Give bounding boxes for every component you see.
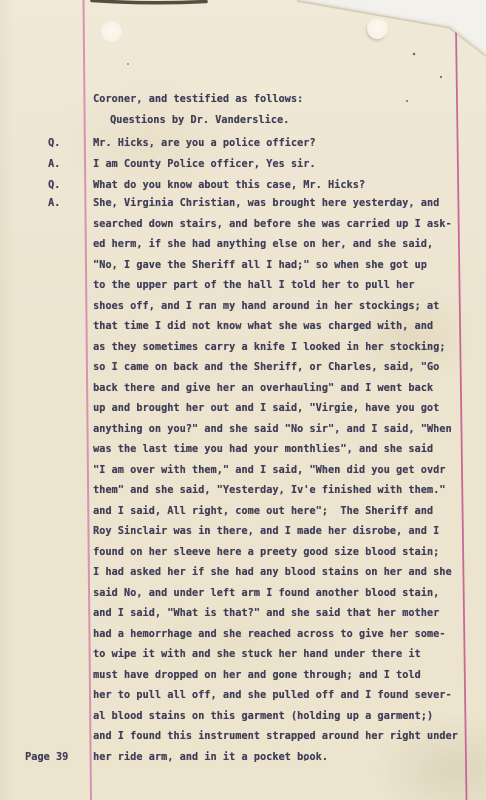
page-number: Page 39 (25, 748, 68, 769)
punch-hole-left (101, 21, 122, 42)
question-label: Q. (48, 134, 60, 155)
transcript-intro-line: Coroner, and testified as follows: (93, 90, 303, 111)
top-edge-fragment (92, 1, 206, 3)
paper-shadow: Coroner, and testified as follows: Quest… (0, 0, 486, 800)
question-text: Mr. Hicks, are you a police officer? (93, 134, 316, 155)
transcript-subheader: Questions by Dr. Vanderslice. (110, 111, 289, 132)
answer-paragraph: She, Virginia Christian, was brought her… (93, 194, 458, 768)
scanned-document: Coroner, and testified as follows: Quest… (0, 0, 486, 800)
answer-label: A. (48, 155, 60, 176)
left-margin-rule (84, 0, 92, 800)
torn-edge-line (297, 1, 486, 56)
punch-hole-right (367, 18, 388, 39)
paper-sheet: Coroner, and testified as follows: Quest… (0, 0, 486, 800)
answer-label: A. (48, 194, 60, 215)
answer-text: I am County Police officer, Yes sir. (93, 155, 316, 176)
